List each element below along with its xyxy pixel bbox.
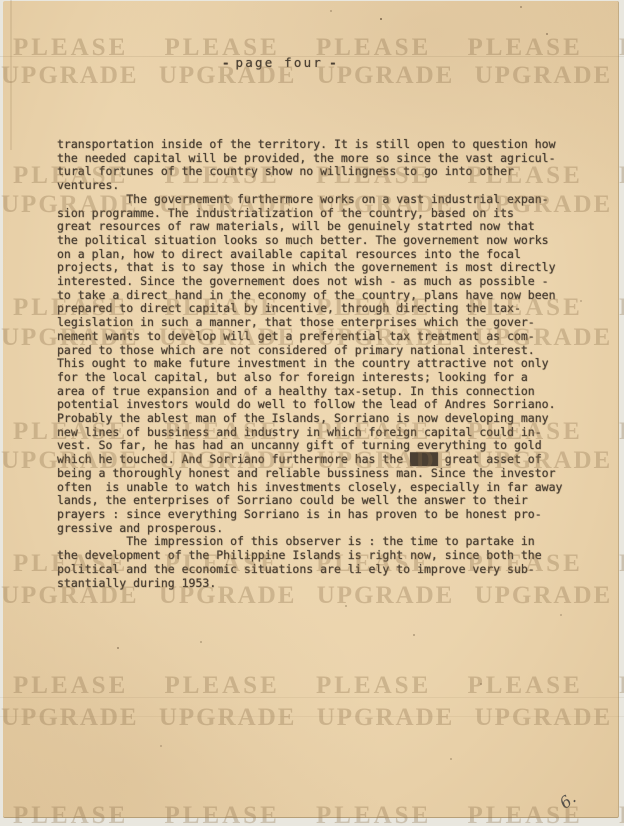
page-header-label: page four [236,55,324,70]
crease-line [10,0,12,150]
scanned-document-page: -page four- transportation inside of the… [0,0,624,826]
paper-specks [0,0,2,2]
header-dash: - [216,55,236,70]
page-header: -page four- [216,55,343,70]
header-dash: - [323,55,343,70]
typed-body-text: transportation inside of the territory. … [57,138,562,590]
crease-line [0,697,624,698]
crease-line [0,716,624,717]
